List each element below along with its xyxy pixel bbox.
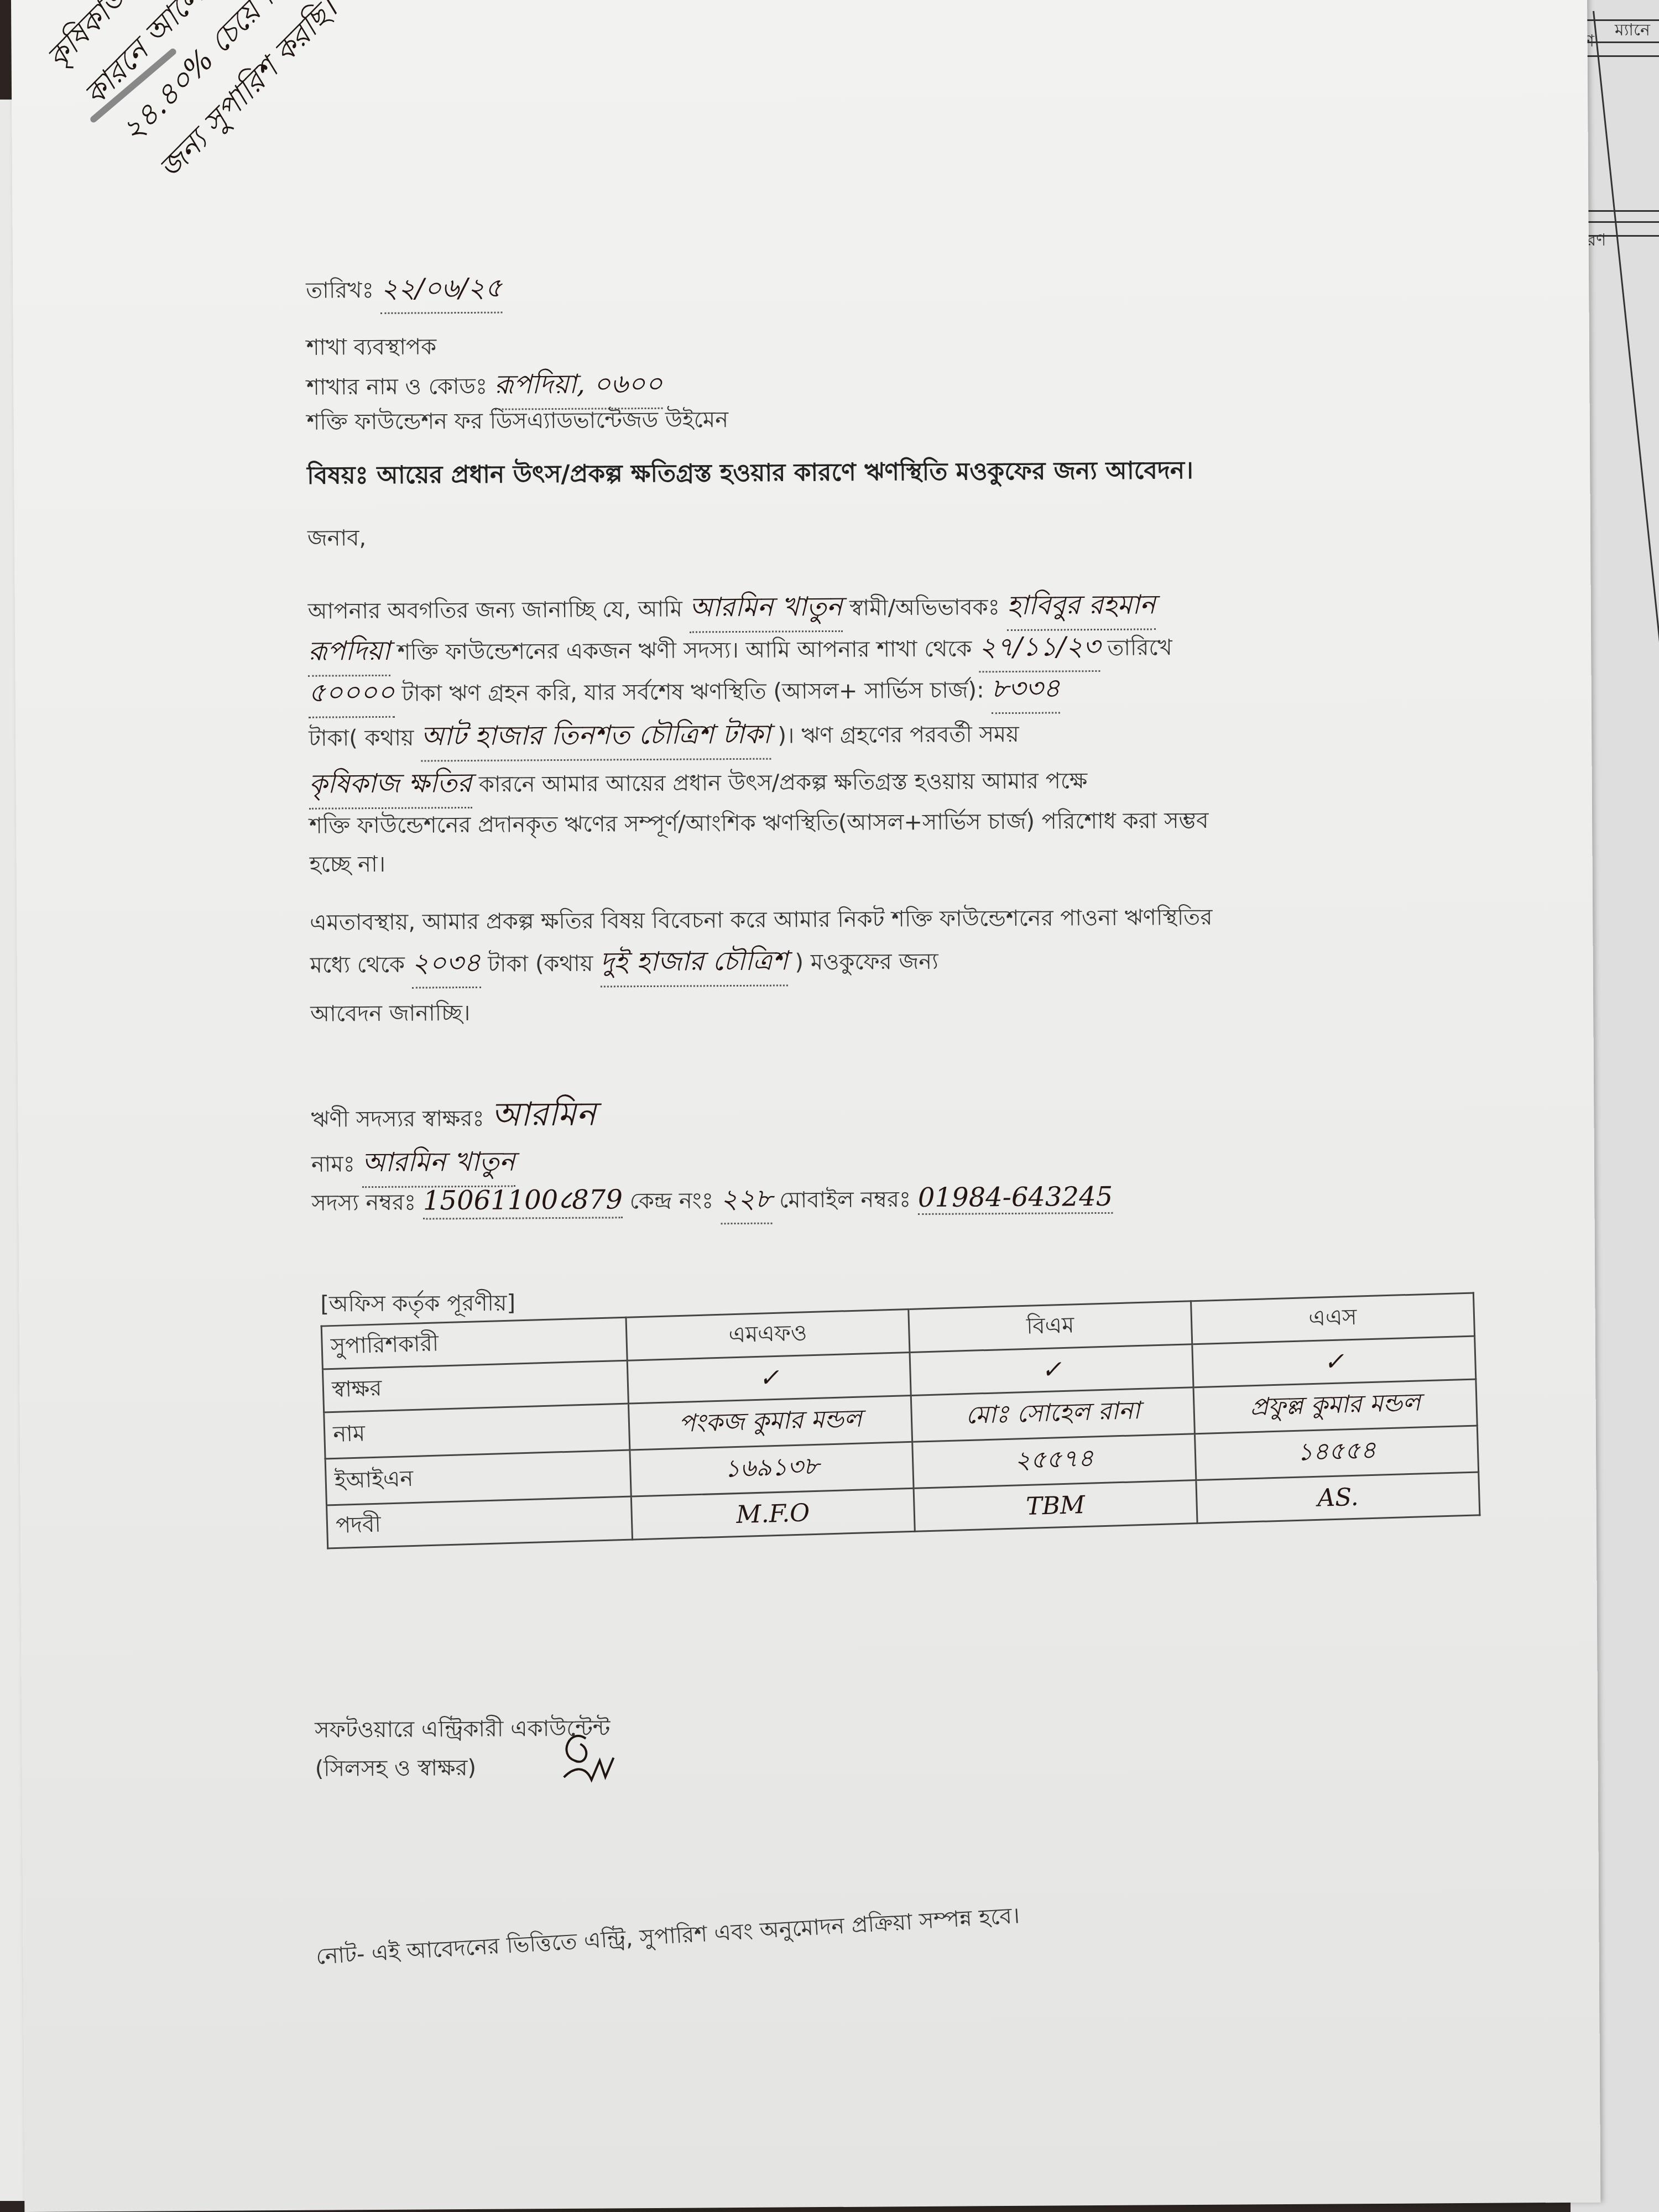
branch-label: শাখার নাম ও কোডঃ (306, 374, 487, 400)
body-text: কারনে আমার আয়ের প্রধান উৎস/প্রকল্প ক্ষত… (479, 768, 1088, 797)
salutation: জনাব, (307, 520, 367, 558)
body-line-4: টাকা( কথায় আট হাজার তিনশত চৌত্রিশ টাকা … (309, 713, 1019, 763)
outstanding-field[interactable]: ৮৩৩৪ (991, 668, 1060, 714)
body-text: টাকা (কথায় (488, 951, 593, 977)
column-header-mfo: এমএফও (626, 1310, 910, 1361)
office-recommendation-table: সুপারিশকারী এমএফও বিএম এএস স্বাক্ষর ✓ ✓ … (321, 1292, 1481, 1550)
bm-designation: TBM (1026, 1491, 1086, 1521)
signature-scribble: ✓ (1041, 1355, 1062, 1384)
as-signature-cell[interactable]: ✓ (1192, 1336, 1476, 1387)
subject-line: বিষয়ঃ আয়ের প্রধান উৎস/প্রকল্প ক্ষতিগ্র… (307, 452, 1193, 498)
body-line-7: হচ্ছে না। (309, 847, 385, 884)
branch-inline-field[interactable]: রূপদিয়া (308, 631, 390, 677)
loan-date-field[interactable]: ২৭/১১/২৩ (979, 627, 1100, 672)
column-header-bm: বিএম (909, 1301, 1192, 1353)
accountant-seal-label: (সিলসহ ও স্বাক্ষর) (315, 1750, 476, 1788)
outstanding-words-field[interactable]: আট হাজার তিনশত চৌত্রিশ টাকা (421, 714, 771, 762)
body-line-9: মধ্যে থেকে ২০৩৪ টাকা (কথায় দুই হাজার চৌ… (310, 940, 938, 989)
body-text: ) মওকুফের জন্য (795, 949, 938, 975)
mfo-name: পংকজ কুমার মন্ডল (679, 1405, 863, 1438)
mfo-ein-cell[interactable]: ১৬৯১৩৮ (630, 1442, 914, 1496)
as-designation: AS. (1317, 1483, 1359, 1512)
bm-name-cell[interactable]: মোঃ সোহেল রানা (911, 1387, 1194, 1442)
recommendation-annotation: কৃষিকাজ ক্ষতির — কারনে আলোচনা সাপেক্ষে ২… (33, 0, 435, 192)
date-field: তারিখঃ ২২/০৬/২৫ (306, 268, 502, 315)
loan-amount-field[interactable]: ৫০০০০ (308, 672, 394, 718)
as-designation-cell[interactable]: AS. (1196, 1472, 1480, 1524)
mfo-designation: M.F.O (736, 1499, 810, 1529)
body-line-6: শক্তি ফাউন্ডেশনের প্রদানকৃত ঋণের সম্পূর্… (309, 803, 1209, 846)
guardian-label: স্বামী/অভিভাবকঃ (849, 594, 1000, 621)
seal-signature-label: (সিলসহ ও স্বাক্ষর) (315, 1755, 476, 1782)
member-signature[interactable]: আরমিন (491, 1095, 596, 1134)
bm-ein-cell[interactable]: ২৫৫৭৪ (912, 1434, 1196, 1489)
member-no-value[interactable]: 15061100८879 (423, 1181, 623, 1219)
addressee: শাখা ব্যবস্থাপক (306, 329, 437, 367)
row-label: নাম (324, 1404, 630, 1459)
member-id-row: সদস্য নম্বরঃ 15061100८879 কেন্দ্র নংঃ ২২… (311, 1177, 1113, 1227)
body-text: )। ঋণ গ্রহণের পরবর্তী সময় (778, 722, 1019, 749)
body-text: আপনার অবগতির জন্য জানাচ্ছি যে, আমি (308, 597, 682, 624)
mfo-signature-cell[interactable]: ✓ (627, 1352, 911, 1404)
accountant-signature[interactable] (552, 1727, 630, 1788)
member-signature-label: ঋণী সদস্যর স্বাক্ষরঃ (311, 1106, 484, 1133)
center-label: কেন্দ্র নংঃ (629, 1188, 713, 1214)
body-line-5: কৃষিকাজ ক্ষতির কারনে আমার আয়ের প্রধান উ… (309, 759, 1087, 810)
body-line-10: আবেদন জানাচ্ছি। (310, 995, 470, 1034)
date-value[interactable]: ২২/০৬/২৫ (380, 268, 502, 314)
row-label: ইআইএন (325, 1450, 631, 1505)
waiver-amount-field[interactable]: ২০৩৪ (411, 943, 481, 989)
center-no-value[interactable]: ২২৮ (721, 1179, 773, 1225)
mobile-label: মোবাইল নম্বরঃ (779, 1187, 911, 1213)
guardian-field[interactable]: হাবিবুর রহমান (1007, 585, 1156, 631)
bm-designation-cell[interactable]: TBM (914, 1480, 1197, 1532)
as-ein-cell[interactable]: ১৪৫৫৪ (1194, 1426, 1478, 1480)
bm-signature-cell[interactable]: ✓ (910, 1344, 1193, 1396)
body-line-3: ৫০০০০ টাকা ঋণ গ্রহন করি, যার সর্বশেষ ঋণস… (308, 668, 1060, 718)
body-line-8: এমতাবস্থায়, আমার প্রকল্প ক্ষতির বিষয় ব… (310, 900, 1213, 942)
as-ein: ১৪৫৫৪ (1297, 1436, 1376, 1467)
body-text: শক্তি ফাউন্ডেশনের একজন ঋণী সদস্য। আমি আপ… (397, 636, 972, 665)
bm-ein: ২৫৫৭৪ (1014, 1444, 1094, 1474)
waiver-words-field[interactable]: দুই হাজার চৌত্রিশ (600, 941, 788, 987)
date-label: তারিখঃ (306, 278, 374, 304)
mfo-designation-cell[interactable]: M.F.O (631, 1488, 915, 1540)
row-label: পদবী (327, 1496, 633, 1548)
member-name-field[interactable]: আরমিন খাতুন (689, 587, 842, 633)
as-name: প্রফুল্ল কুমার মন্ডল (1249, 1388, 1421, 1421)
member-name-label: নামঃ (311, 1151, 355, 1177)
reason-field[interactable]: কৃষিকাজ ক্ষতির (309, 763, 472, 810)
signature-scribble: ✓ (759, 1364, 780, 1392)
footer-note: নোট- এই আবেদনের ভিত্তিতে এন্ট্রি, সুপারি… (315, 1898, 1021, 1976)
column-header-as: এএস (1191, 1293, 1475, 1344)
as-name-cell[interactable]: প্রফুল্ল কুমার মন্ডল (1193, 1379, 1477, 1434)
body-text: টাকা ঋণ গ্রহন করি, যার সর্বশেষ ঋণস্থিতি … (401, 677, 984, 706)
bm-name: মোঃ সোহেল রানা (965, 1396, 1140, 1430)
body-text: মধ্যে থেকে (310, 952, 405, 978)
ledger-label: ম্যানে (1615, 17, 1650, 45)
ledger-column-line (1593, 11, 1659, 726)
office-section-title: [অফিস কর্তৃক পূরণীয়] (320, 1285, 515, 1323)
mfo-ein: ১৬৯১৩৮ (724, 1452, 820, 1483)
body-text: টাকা( কথায় (309, 726, 414, 752)
signature-scribble: ✓ (1323, 1347, 1344, 1376)
organization-name: শক্তি ফাউন্ডেশন ফর ডিসএ্যাডভান্টেজড উইমে… (306, 402, 728, 442)
member-no-label: সদস্য নম্বরঃ (311, 1190, 416, 1216)
application-form: কৃষিকাজ ক্ষতির — কারনে আলোচনা সাপেক্ষে ২… (11, 0, 1600, 2212)
body-text: তারিখে (1107, 635, 1172, 661)
mobile-value[interactable]: 01984-643245 (918, 1181, 1113, 1215)
mfo-name-cell[interactable]: পংকজ কুমার মন্ডল (628, 1395, 912, 1450)
member-signature-row: ঋণী সদস্যর স্বাক্ষরঃ আরমিন (311, 1089, 596, 1146)
